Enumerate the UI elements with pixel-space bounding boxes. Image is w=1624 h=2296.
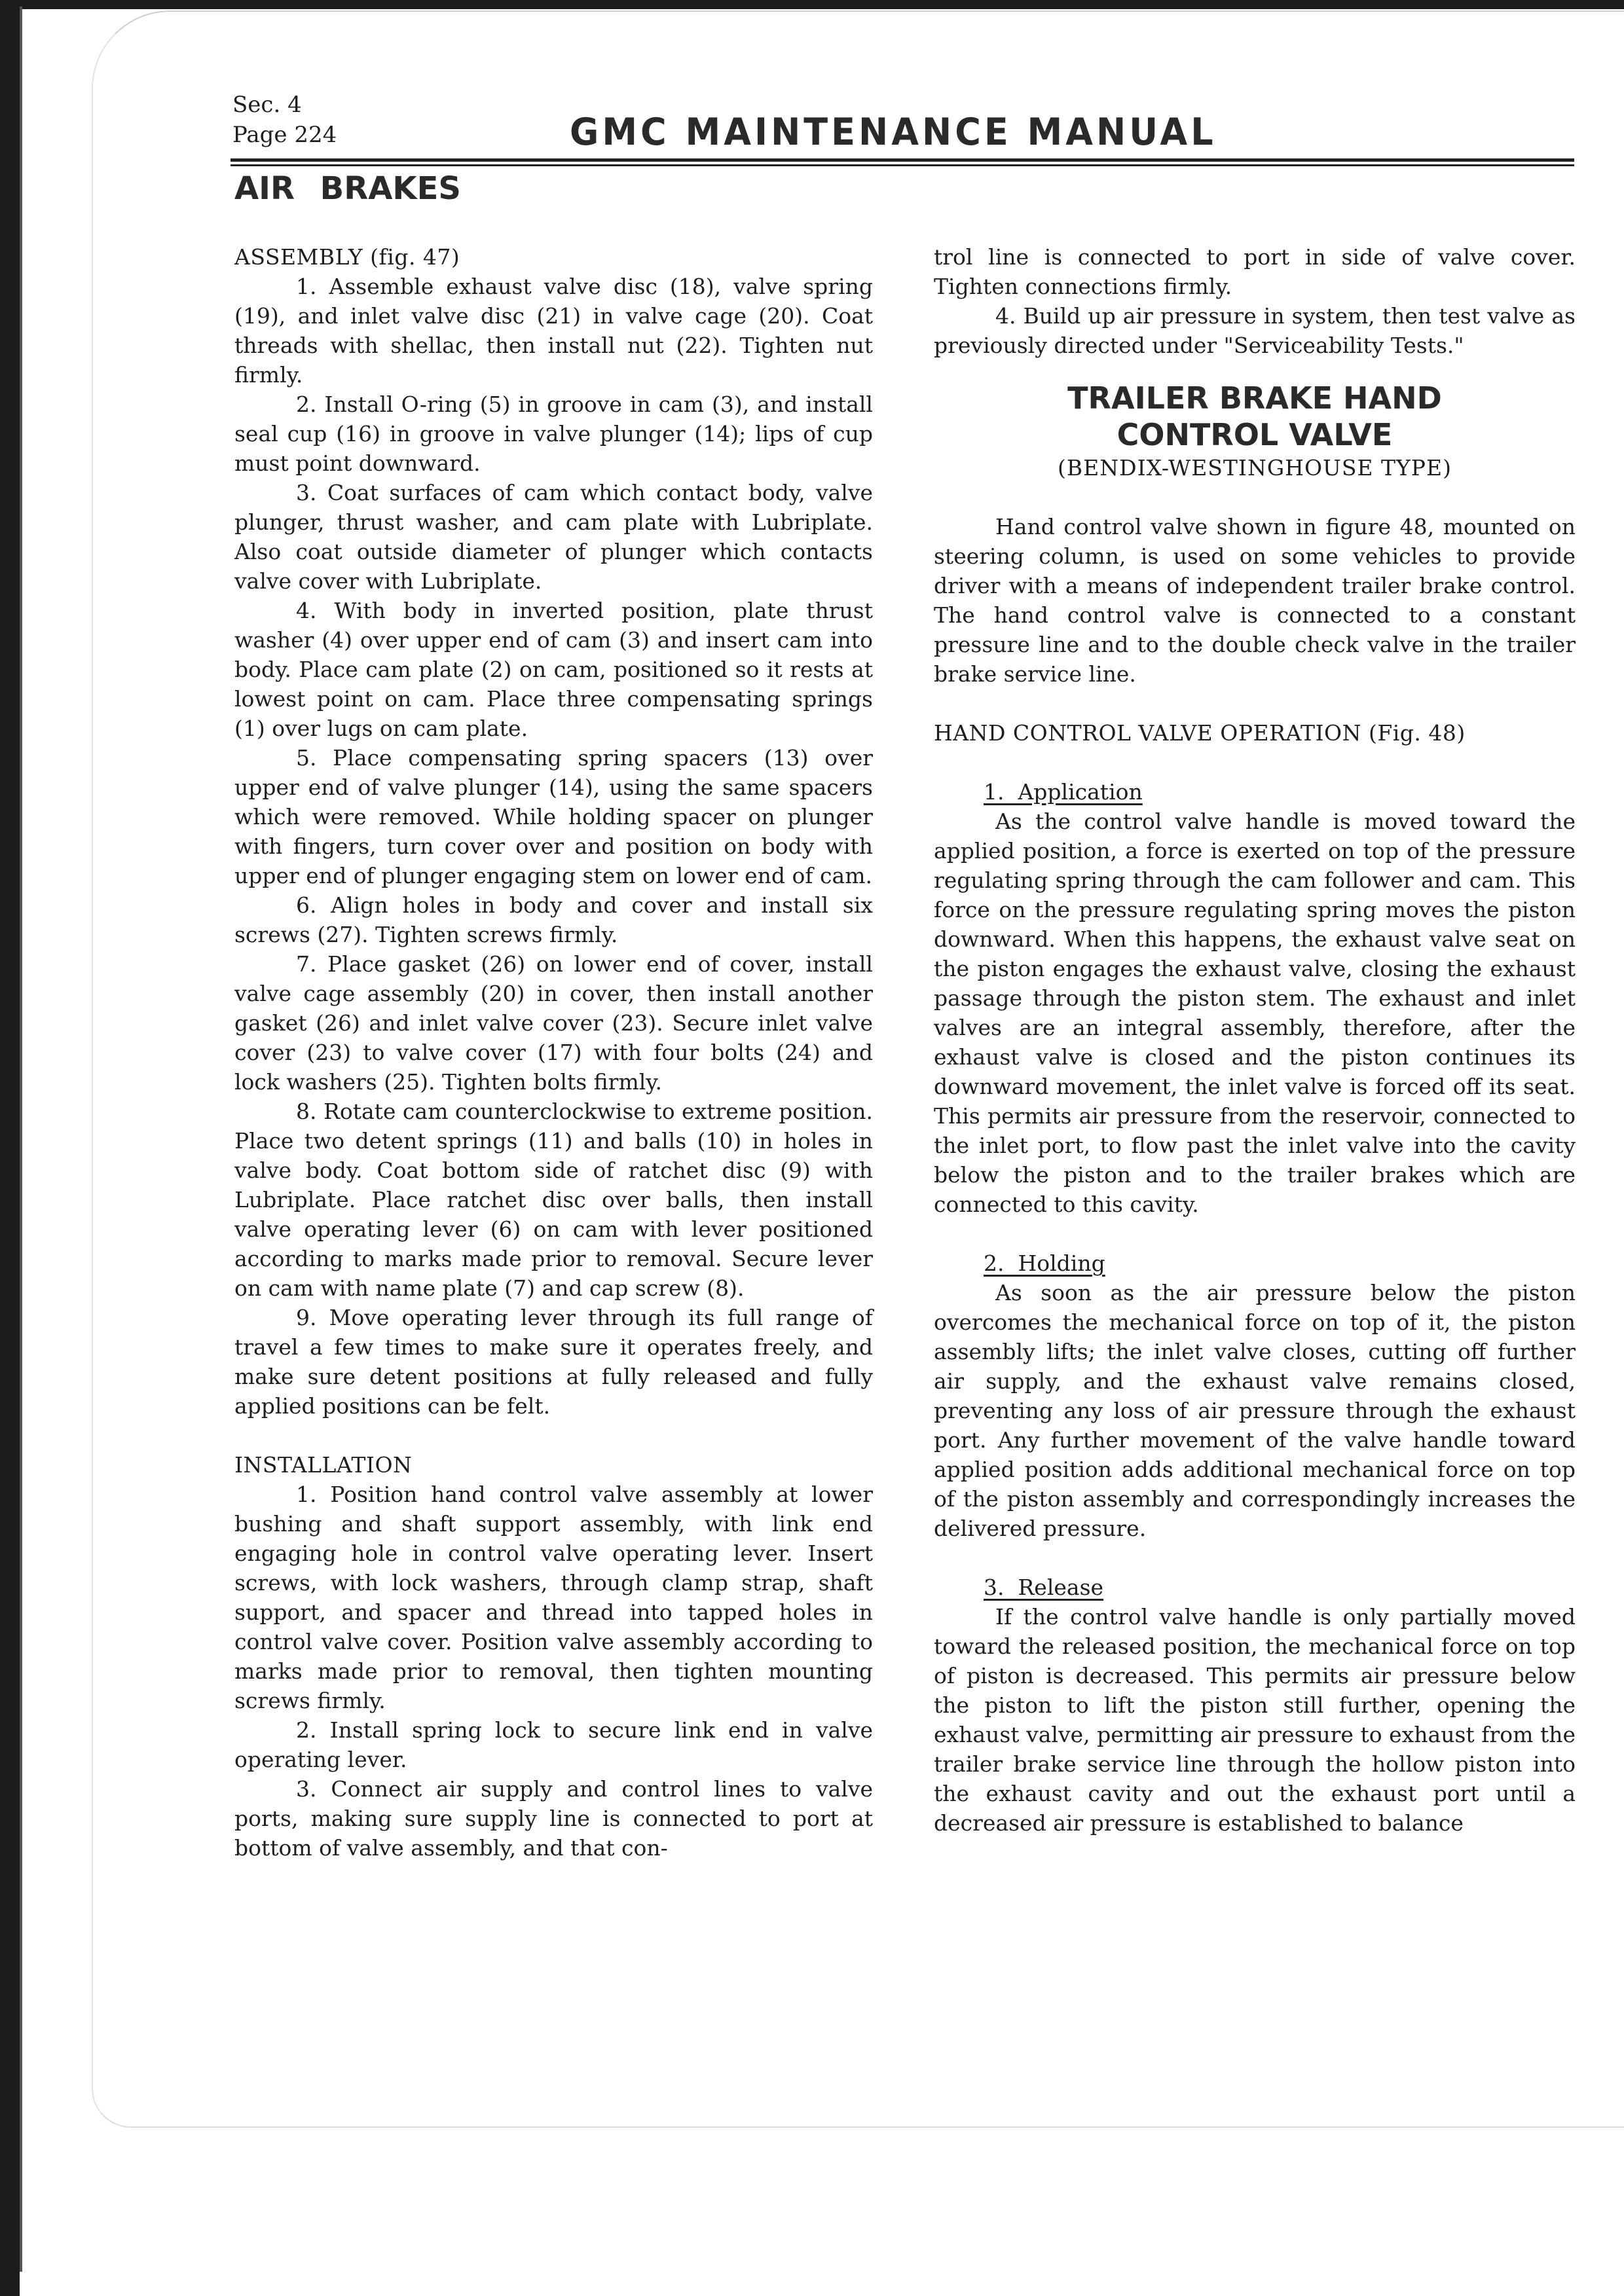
continuation-text: trol line is connected to port in side o…: [934, 242, 1576, 301]
assembly-step: 5. Place compensating spring spacers (13…: [234, 743, 873, 890]
installation-heading: INSTALLATION: [234, 1450, 873, 1480]
trailer-title-line2: CONTROL VALVE: [934, 416, 1576, 453]
subsection-text-holding: As soon as the air pressure below the pi…: [934, 1278, 1576, 1543]
section-title: AIR BRAKES: [234, 169, 461, 208]
spacer: [234, 1421, 873, 1450]
spacer: [934, 748, 1576, 777]
assembly-step: 6. Align holes in body and cover and ins…: [234, 890, 873, 949]
spacer: [934, 360, 1576, 380]
installation-step: 3. Connect air supply and control lines …: [234, 1774, 873, 1863]
header-rule-thick: [231, 158, 1574, 162]
section-number: Sec. 4: [232, 92, 302, 118]
assembly-heading: ASSEMBLY (fig. 47): [234, 242, 873, 272]
scan-border-left-shadow: [20, 7, 22, 2272]
spacer: [934, 1543, 1576, 1573]
installation-step: 2. Install spring lock to secure link en…: [234, 1715, 873, 1774]
left-column: ASSEMBLY (fig. 47) 1. Assemble exhaust v…: [234, 242, 873, 1863]
installation-step: 4. Build up air pressure in system, then…: [934, 301, 1576, 360]
header-rule-thin: [231, 164, 1574, 166]
assembly-step: 1. Assemble exhaust valve disc (18), val…: [234, 272, 873, 390]
page-number: Page 224: [232, 122, 337, 148]
assembly-step: 9. Move operating lever through its full…: [234, 1303, 873, 1421]
spacer: [934, 483, 1576, 512]
assembly-step: 8. Rotate cam counterclockwise to extrem…: [234, 1097, 873, 1303]
subsection-title-text: 2. Holding: [984, 1250, 1105, 1276]
trailer-title-line1: TRAILER BRAKE HAND: [934, 380, 1576, 416]
subsection-title-holding: 2. Holding: [934, 1248, 1576, 1278]
assembly-step: 2. Install O-ring (5) in groove in cam (…: [234, 390, 873, 478]
scan-border-top: [0, 0, 1624, 9]
spacer: [934, 1219, 1576, 1248]
assembly-step: 4. With body in inverted position, plate…: [234, 596, 873, 743]
subsection-text-release: If the control valve handle is only part…: [934, 1602, 1576, 1838]
trailer-subtitle: (BENDIX-WESTINGHOUSE TYPE): [934, 453, 1576, 483]
subsection-title-application: 1. Application: [934, 777, 1576, 807]
spacer: [934, 689, 1576, 718]
right-column: trol line is connected to port in side o…: [934, 242, 1576, 1838]
assembly-step: 3. Coat surfaces of cam which contact bo…: [234, 478, 873, 596]
installation-step: 1. Position hand control valve assembly …: [234, 1480, 873, 1715]
subsection-text-application: As the control valve handle is moved tow…: [934, 807, 1576, 1219]
subsection-title-text: 1. Application: [984, 779, 1143, 805]
assembly-step: 7. Place gasket (26) on lower end of cov…: [234, 949, 873, 1097]
operation-heading: HAND CONTROL VALVE OPERATION (Fig. 48): [934, 718, 1576, 748]
manual-title: GMC MAINTENANCE MANUAL: [570, 112, 1217, 153]
subsection-title-release: 3. Release: [934, 1573, 1576, 1602]
scan-border-left: [0, 0, 20, 2296]
intro-paragraph: Hand control valve shown in figure 48, m…: [934, 512, 1576, 689]
subsection-title-text: 3. Release: [984, 1575, 1103, 1600]
